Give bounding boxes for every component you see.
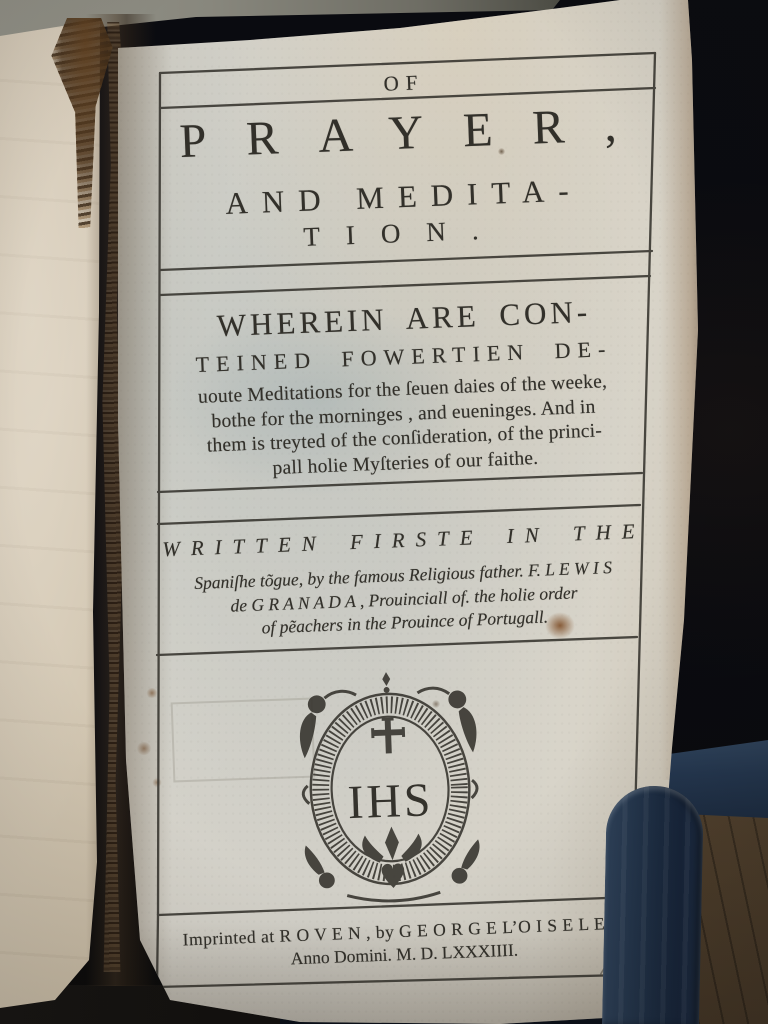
photo-scene: OF PRAYER, AND MEDITA- TION. WHEREIN ARE… bbox=[0, 0, 768, 1024]
printers-device-ihs: IHS bbox=[282, 664, 498, 909]
ihs-monogram: IHS bbox=[347, 774, 434, 829]
volute-right bbox=[471, 780, 477, 798]
book-stand-arm bbox=[602, 785, 704, 1024]
argument-paragraph: uoute Meditations for the ſeuen daies of… bbox=[156, 369, 651, 486]
printed-area: OF PRAYER, AND MEDITA- TION. WHEREIN ARE… bbox=[150, 40, 670, 1000]
rule-under-title-2 bbox=[160, 276, 650, 295]
volute-left bbox=[303, 786, 309, 804]
bottom-strap bbox=[347, 892, 440, 902]
cross bbox=[371, 717, 406, 754]
finial-ornament bbox=[382, 672, 390, 686]
